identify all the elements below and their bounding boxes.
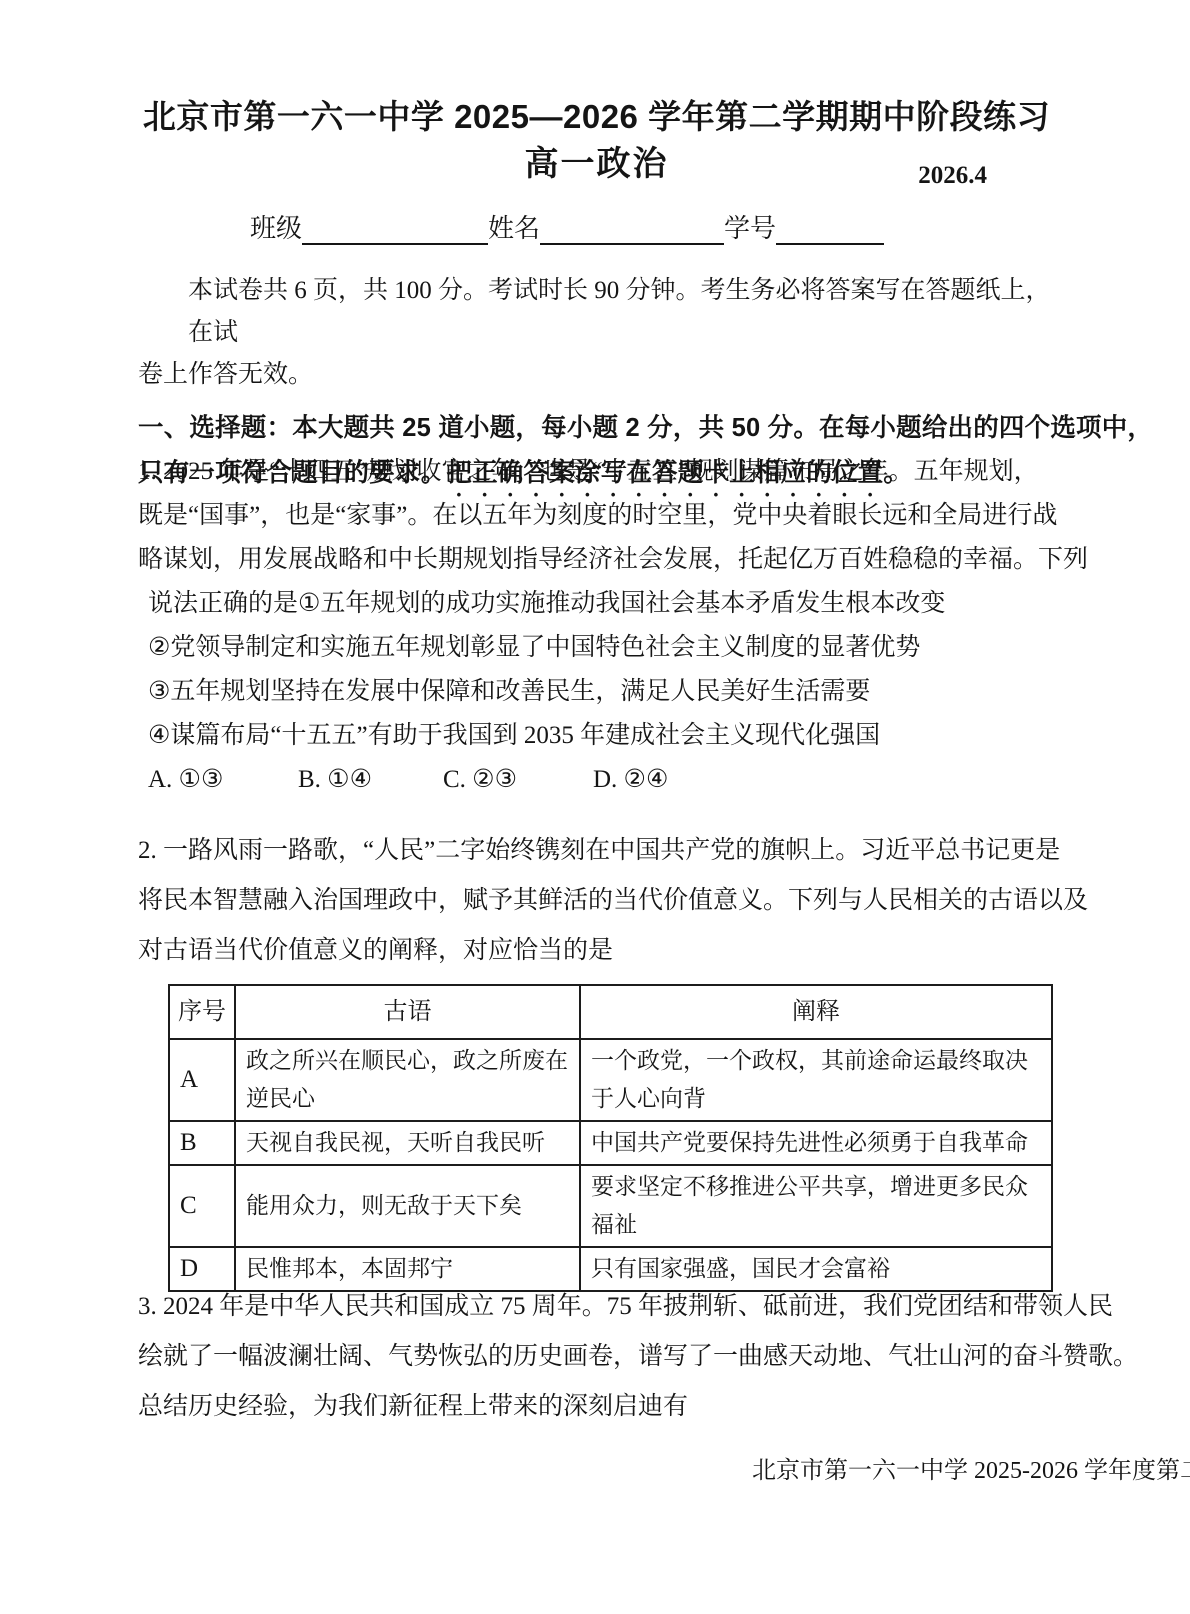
table-row: A 政之所兴在顺民心，政之所废在 逆民心 一个政党，一个政权，其前途命运最终取决… <box>169 1039 1052 1121</box>
question-2-line: 2. 一路风雨一路歌，“人民”二字始终镌刻在中国共产党的旗帜上。习近平总书记更是 <box>138 826 1055 876</box>
option-c: C. ②③ <box>443 758 593 802</box>
exam-paper-page: 北京市第一六一中学 2025—2026 学年第二学期期中阶段练习 高一政治 20… <box>0 0 1190 1614</box>
question-1-line: 1. 2025 年是“十四五”规划收官之年，也是“十五五”规划谋篇布局之年。五年… <box>138 450 1055 494</box>
question-1-line: 说法正确的是①五年规划的成功实施推动我国社会基本矛盾发生根本改变 <box>138 582 1055 626</box>
class-blank <box>302 215 488 245</box>
ancient-sayings-table: 序号 古语 阐释 A 政之所兴在顺民心，政之所废在 逆民心 一个政党，一个政权，… <box>168 984 1053 1292</box>
exam-title: 北京市第一六一中学 2025—2026 学年第二学期期中阶段练习 <box>138 94 1055 140</box>
table-row: B 天视自我民视，天听自我民听 中国共产党要保持先进性必须勇于自我革命 <box>169 1121 1052 1165</box>
question-1-options: A. ①③B. ①④C. ②③D. ②④ <box>138 758 1055 802</box>
question-1-line: 略谋划，用发展战略和中长期规划指导经济社会发展，托起亿万百姓稳稳的幸福。下列 <box>138 538 1055 582</box>
question-3-line: 总结历史经验，为我们新征程上带来的深刻启迪有 <box>138 1382 1055 1432</box>
question-2-line: 对古语当代价值意义的阐释，对应恰当的是 <box>138 926 1055 976</box>
row-label: C <box>169 1165 235 1247</box>
question-3-line: 3. 2024 年是中华人民共和国成立 75 周年。75 年披荆斩、砥前进，我们… <box>138 1282 1055 1332</box>
question-2: 2. 一路风雨一路歌，“人民”二字始终镌刻在中国共产党的旗帜上。习近平总书记更是… <box>138 826 1055 1292</box>
option-b: B. ①④ <box>298 758 443 802</box>
option-a: A. ①③ <box>148 758 298 802</box>
row-interpretation: 一个政党，一个政权，其前途命运最终取决 于人心向背 <box>580 1039 1052 1121</box>
row-interpretation: 要求坚定不移推进公平共享，增进更多民众 福祉 <box>580 1165 1052 1247</box>
exam-subject-title: 高一政治 <box>525 145 669 183</box>
row-saying: 天视自我民视，天听自我民听 <box>235 1121 580 1165</box>
exam-instructions: 本试卷共 6 页，共 100 分。考试时长 90 分钟。考生务必将答案写在答题纸… <box>138 270 1055 396</box>
option-d: D. ②④ <box>593 758 668 802</box>
question-1-line: ②党领导制定和实施五年规划彰显了中国特色社会主义制度的显著优势 <box>138 626 1055 670</box>
question-1-line: ④谋篇布局“十五五”有助于我国到 2035 年建成社会主义现代化强国 <box>138 714 1055 758</box>
question-3-line: 绘就了一幅波澜壮阔、气势恢弘的历史画卷，谱写了一曲感天动地、气壮山河的奋斗赞歌。 <box>138 1332 1055 1382</box>
row-saying: 政之所兴在顺民心，政之所废在 逆民心 <box>235 1039 580 1121</box>
section-heading-line-1: 一、选择题：本大题共 25 道小题，每小题 2 分，共 50 分。在每小题给出的… <box>138 406 1055 451</box>
instructions-line-2: 卷上作答无效。 <box>138 354 1055 396</box>
question-3: 3. 2024 年是中华人民共和国成立 75 周年。75 年披荆斩、砥前进，我们… <box>138 1282 1055 1432</box>
student-id-blank <box>776 215 884 245</box>
row-saying: 能用众力，则无敌于天下矣 <box>235 1165 580 1247</box>
row-label: A <box>169 1039 235 1121</box>
row-interpretation: 中国共产党要保持先进性必须勇于自我革命 <box>580 1121 1052 1165</box>
name-label: 姓名 <box>488 210 540 248</box>
instructions-line-1: 本试卷共 6 页，共 100 分。考试时长 90 分钟。考生务必将答案写在答题纸… <box>138 270 1055 354</box>
question-1: 1. 2025 年是“十四五”规划收官之年，也是“十五五”规划谋篇布局之年。五年… <box>138 450 1055 802</box>
question-2-line: 将民本智慧融入治国理政中，赋予其鲜活的当代价值意义。下列与人民相关的古语以及 <box>138 876 1055 926</box>
student-id-label: 学号 <box>724 210 776 248</box>
exam-subtitle-row: 高一政治 2026.4 <box>138 140 1055 188</box>
question-1-line: 既是“国事”，也是“家事”。在以五年为刻度的时空里，党中央着眼长远和全局进行战 <box>138 494 1055 538</box>
row-label: B <box>169 1121 235 1165</box>
student-info-row: 班级姓名学号 <box>138 210 1055 248</box>
table-header-row: 序号 古语 阐释 <box>169 985 1052 1039</box>
col-header-number: 序号 <box>169 985 235 1039</box>
exam-date: 2026.4 <box>918 152 987 200</box>
table-row: C 能用众力，则无敌于天下矣 要求坚定不移推进公平共享，增进更多民众 福祉 <box>169 1165 1052 1247</box>
question-1-line: ③五年规划坚持在发展中保障和改善民生，满足人民美好生活需要 <box>138 670 1055 714</box>
name-blank <box>540 215 724 245</box>
page-footer: 北京市第一六一中学 2025-2026 学年度第二学期期 <box>752 1450 1190 1485</box>
class-label: 班级 <box>250 210 302 248</box>
col-header-interpretation: 阐释 <box>580 985 1052 1039</box>
col-header-saying: 古语 <box>235 985 580 1039</box>
